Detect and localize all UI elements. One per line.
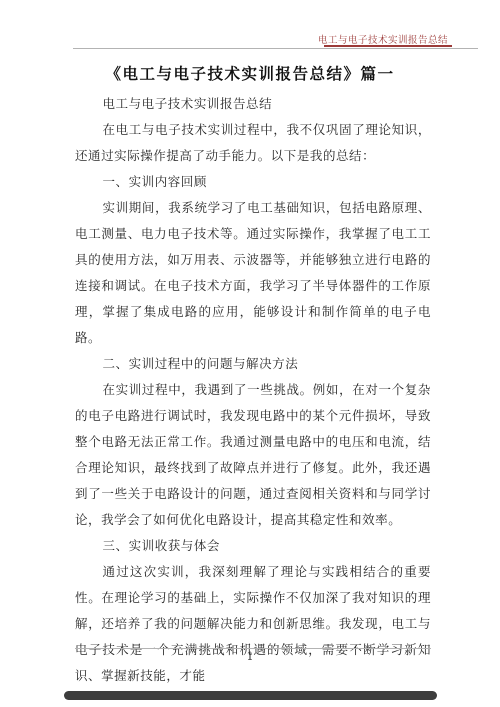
page-header: 电工与电子技术实训报告总结 [73, 30, 478, 50]
header-accent-underline [324, 45, 452, 47]
document-title: 《电工与电子技术实训报告总结》篇一 [0, 62, 500, 84]
section-heading-3: 三、实训收获与体会 [75, 533, 431, 559]
bottom-bar [64, 691, 437, 700]
document-body: 电工与电子技术实训报告总结 在电工与电子技术实训过程中，我不仅巩固了理论知识，还… [75, 91, 431, 689]
section-heading-1: 一、实训内容回顾 [75, 169, 431, 195]
page-number: 1 [0, 650, 500, 663]
header-rule [73, 48, 478, 49]
paragraph: 实训期间，我系统学习了电工基础知识，包括电路原理、电工测量、电力电子技术等。通过… [75, 195, 431, 351]
paragraph: 在电工与电子技术实训过程中，我不仅巩固了理论知识，还通过实际操作提高了动手能力。… [75, 117, 431, 169]
paragraph-intro: 电工与电子技术实训报告总结 [75, 91, 431, 117]
paragraph: 通过这次实训，我深刻理解了理论与实践相结合的重要性。在理论学习的基础上，实际操作… [75, 559, 431, 689]
document-page: 电工与电子技术实训报告总结 《电工与电子技术实训报告总结》篇一 电工与电子技术实… [0, 0, 500, 707]
section-heading-2: 二、实训过程中的问题与解决方法 [75, 351, 431, 377]
paragraph: 在实训过程中，我遇到了一些挑战。例如，在对一个复杂的电子电路进行调试时，我发现电… [75, 377, 431, 533]
footer-rule [75, 648, 431, 649]
